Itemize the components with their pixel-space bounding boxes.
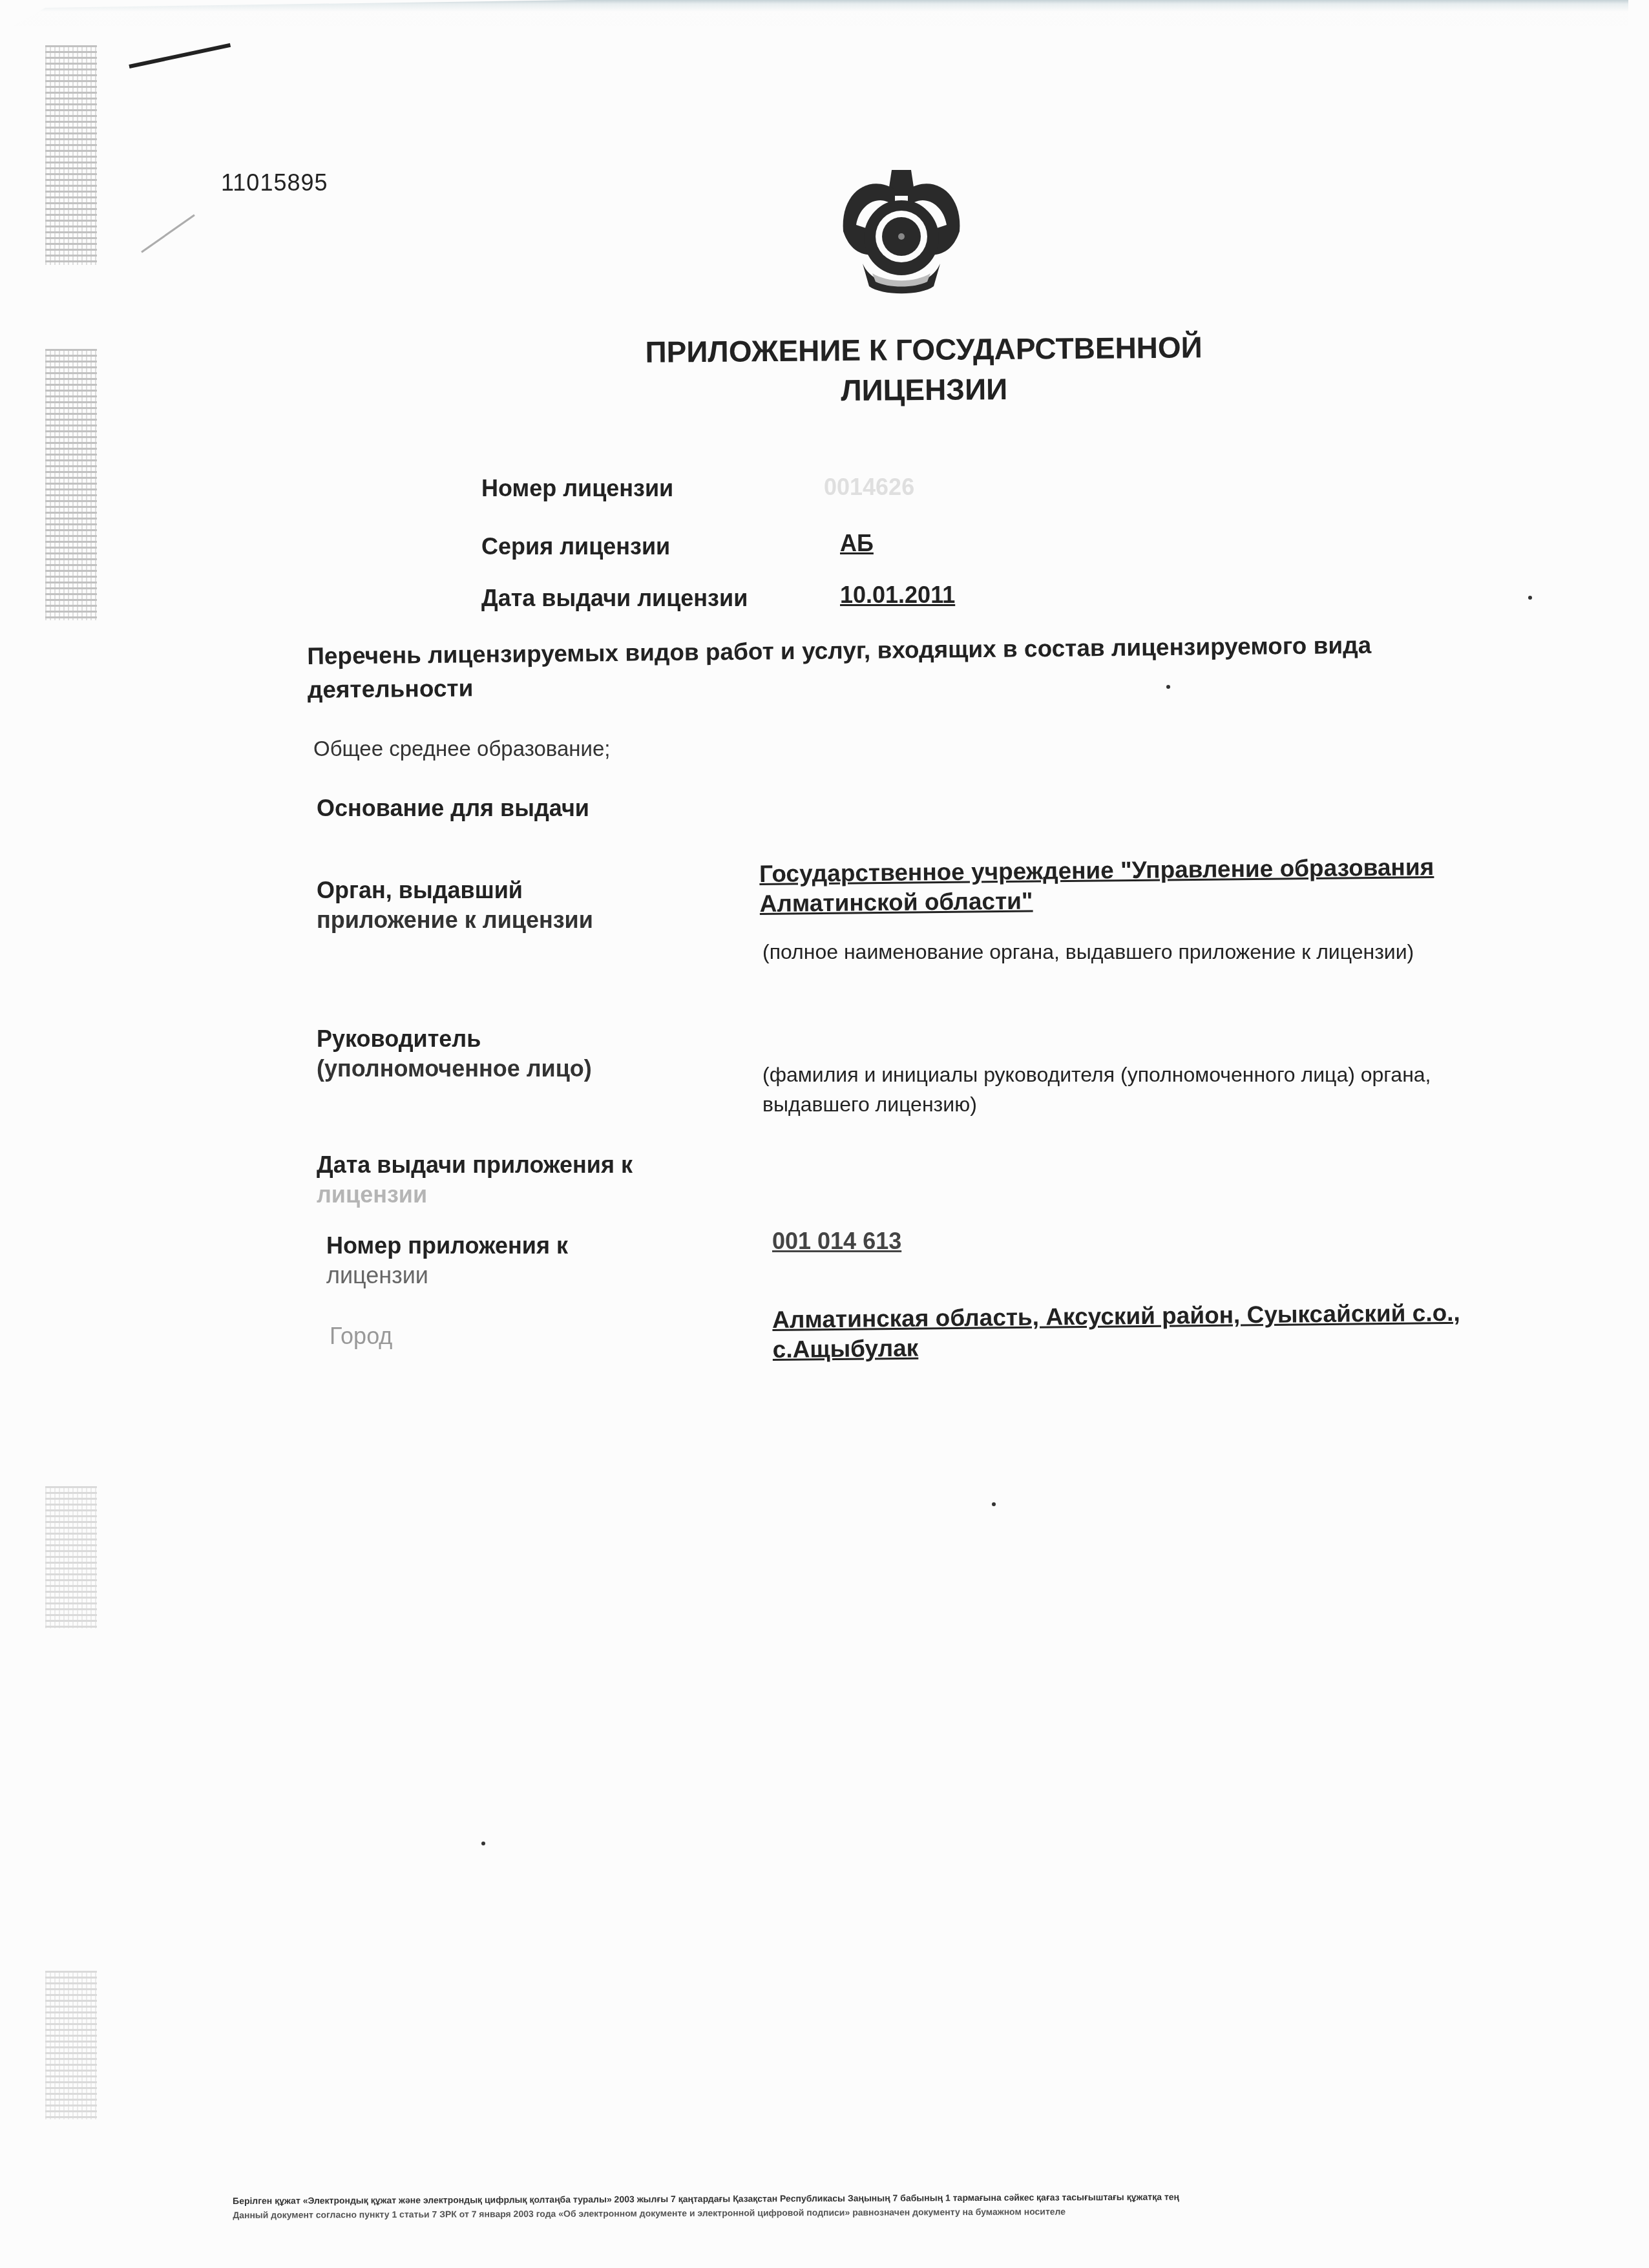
appendix-number-label-line-2: лицензии bbox=[326, 1261, 568, 1290]
scan-edge-shadow bbox=[13, 0, 1628, 26]
issuing-body-label-line-1: Орган, выдавший bbox=[317, 877, 523, 903]
head-label: Руководитель (уполномоченное лицо) bbox=[317, 1024, 592, 1084]
activities-heading: Перечень лицензируемых видов работ и усл… bbox=[307, 627, 1568, 707]
footer-disclaimer: Берілген құжат «Электрондық құжат және э… bbox=[233, 2187, 1641, 2222]
head-hint: (фамилия и инициалы руководителя (уполно… bbox=[762, 1060, 1431, 1119]
license-series-value: АБ bbox=[840, 530, 874, 557]
issuing-body-hint: (полное наименование органа, выдавшего п… bbox=[762, 937, 1414, 967]
scan-speck bbox=[481, 1842, 485, 1845]
scan-artifact bbox=[45, 1486, 97, 1628]
city-value: Алматинская область, Аксуский район, Суы… bbox=[772, 1297, 1568, 1365]
title-line-2: ЛИЦЕНЗИИ bbox=[569, 366, 1279, 413]
activity-item: Общее среднее образование; bbox=[313, 737, 610, 761]
appendix-number-label: Номер приложения к лицензии bbox=[326, 1231, 568, 1290]
license-series-label: Серия лицензии bbox=[481, 533, 670, 560]
license-issue-date-label: Дата выдачи лицензии bbox=[481, 585, 748, 612]
appendix-date-label-line-2: лицензии bbox=[317, 1180, 633, 1210]
appendix-number-value: 001 014 613 bbox=[772, 1228, 901, 1255]
scan-speck bbox=[1528, 596, 1532, 600]
scan-mark bbox=[141, 215, 195, 253]
page-title: ПРИЛОЖЕНИЕ К ГОСУДАРСТВЕННОЙ ЛИЦЕНЗИИ bbox=[568, 326, 1279, 413]
head-hint-line-2: выдавшего лицензию) bbox=[762, 1089, 1431, 1119]
scanned-page: 11015895 ПРИЛОЖЕНИЕ К ГОСУДАРСТВЕННОЙ bbox=[0, 0, 1649, 2268]
state-emblem-icon bbox=[824, 154, 979, 309]
issuing-body-value: Государственное учреждение "Управление о… bbox=[759, 851, 1555, 919]
license-number-label: Номер лицензии bbox=[481, 475, 673, 502]
document-id: 11015895 bbox=[221, 169, 328, 196]
head-label-line-2: (уполномоченное лицо) bbox=[317, 1054, 592, 1084]
scan-mark bbox=[129, 43, 231, 68]
title-line-1: ПРИЛОЖЕНИЕ К ГОСУДАРСТВЕННОЙ bbox=[568, 326, 1279, 373]
scan-artifact bbox=[45, 45, 97, 265]
license-number-value: 0014626 bbox=[824, 474, 914, 501]
head-label-line-1: Руководитель bbox=[317, 1025, 481, 1052]
basis-label: Основание для выдачи bbox=[317, 793, 589, 823]
scan-speck bbox=[992, 1502, 996, 1506]
scan-speck bbox=[1166, 685, 1170, 689]
city-label: Город bbox=[330, 1321, 392, 1351]
head-hint-line-1: (фамилия и инициалы руководителя (уполно… bbox=[762, 1060, 1431, 1089]
appendix-number-label-line-1: Номер приложения к bbox=[326, 1232, 568, 1259]
scan-artifact bbox=[45, 349, 97, 620]
issuing-body-label-line-2: приложение к лицензии bbox=[317, 905, 593, 935]
scan-artifact bbox=[45, 1971, 97, 2119]
issuing-body-label: Орган, выдавший приложение к лицензии bbox=[317, 876, 593, 935]
appendix-date-label-line-1: Дата выдачи приложения к bbox=[317, 1151, 633, 1178]
license-issue-date-value: 10.01.2011 bbox=[840, 582, 955, 609]
appendix-date-label: Дата выдачи приложения к лицензии bbox=[317, 1150, 633, 1210]
